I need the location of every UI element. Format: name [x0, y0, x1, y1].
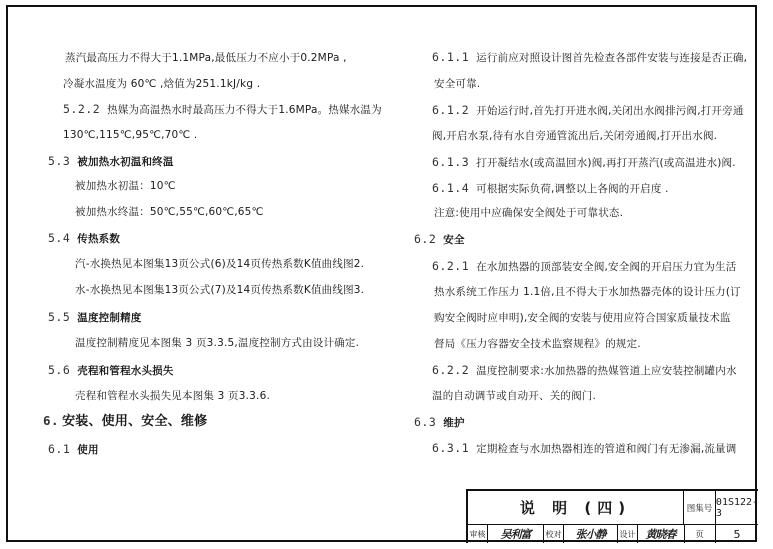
paragraph-line: 督局《压力容器安全技术监察规程》的规定. — [434, 337, 641, 351]
section-heading: 5.4传热系数 — [48, 231, 120, 246]
paragraph-line: 安全可靠. — [434, 77, 480, 91]
designer-signature: 黄晓春 — [638, 525, 683, 543]
section-heading: 6.1使用 — [48, 442, 99, 457]
line-text: 被加热水初温和终温 — [77, 156, 173, 168]
section-heading: 6.3维护 — [414, 415, 465, 430]
paragraph-line: 购安全阀时应申明),安全阀的安装与使用应符合国家质量技术监 — [434, 311, 731, 325]
section-number: 6.2.2 — [432, 363, 469, 377]
line-text: 注意:使用中应确保安全阀处于可靠状态. — [434, 207, 623, 219]
line-text: 定期检查与水加热器相连的管道和阀门有无渗漏,流量调 — [476, 443, 736, 455]
document-title: 说 明 (四) — [468, 491, 684, 525]
line-text: 运行前应对照设计图首先检查各部件安装与连接是否正确, — [476, 52, 747, 64]
section-number: 5.3 — [48, 154, 70, 168]
line-text: 水-水换热见本图集13页公式(7)及14页传热系数K值曲线图3. — [75, 284, 364, 296]
line-text: 使用 — [77, 444, 98, 456]
checker-label: 校对 — [544, 525, 564, 543]
line-text: 热媒为高温热水时最高压力不得大于1.6MPa。热媒水温为 — [107, 104, 382, 116]
section-heading: 5.3被加热水初温和终温 — [48, 154, 174, 169]
line-text: 传热系数 — [77, 233, 120, 245]
line-text: 被加热水初温：10℃ — [75, 180, 176, 192]
paragraph-line: 6.2.1在水加热器的顶部装安全阀,安全阀的开启压力宜为生活 — [432, 259, 736, 274]
line-text: 可根据实际负荷,调整以上各阀的开启度 . — [476, 183, 669, 195]
section-number: 6. — [43, 413, 59, 428]
section-heading: 5.6壳程和管程水头损失 — [48, 363, 174, 378]
checker-signature: 张小静 — [564, 525, 618, 543]
atlas-number-label: 图集号 — [684, 491, 716, 525]
page-label: 页 — [684, 525, 716, 543]
line-text: 被加热水终温：50℃,55℃,60℃,65℃ — [75, 206, 264, 218]
section-number: 6.1.2 — [432, 103, 469, 117]
section-number: 5.5 — [48, 310, 70, 324]
paragraph-line: 6.1.4可根据实际负荷,调整以上各阀的开启度 . — [432, 181, 669, 196]
section-number: 6.2.1 — [432, 259, 469, 273]
section-number: 6.1.4 — [432, 181, 469, 195]
paragraph-line: 温度控制精度见本图集 3 页3.3.5,温度控制方式由设计确定. — [75, 336, 359, 350]
paragraph-line: 被加热水初温：10℃ — [75, 179, 176, 193]
paragraph-line: 热水系统工作压力 1.1倍,且不得大于水加热器壳体的设计压力(订 — [434, 285, 741, 299]
paragraph-line: 温的自动调节或自动开、关的阀门. — [432, 389, 596, 403]
paragraph-line: 6.1.3打开凝结水(或高温回水)阀,再打开蒸汽(或高温进水)阀. — [432, 155, 736, 170]
line-text: 蒸汽最高压力不得大于1.1MPa,最低压力不应小于0.2MPa , — [65, 52, 347, 64]
section-number: 5.6 — [48, 363, 70, 377]
paragraph-line: 冷凝水温度为 60℃ ,焓值为251.1kJ/kg . — [63, 77, 260, 91]
section-heading: 6.2安全 — [414, 232, 465, 247]
line-text: 130℃,115℃,95℃,70℃ . — [63, 129, 197, 141]
line-text: 安装、使用、安全、维修 — [62, 414, 207, 429]
paragraph-line: 6.1.1运行前应对照设计图首先检查各部件安装与连接是否正确, — [432, 50, 747, 65]
designer-label: 设计 — [618, 525, 638, 543]
paragraph-line: 汽-水换热见本图集13页公式(6)及14页传热系数K值曲线图2. — [75, 257, 364, 271]
section-heading: 5.5温度控制精度 — [48, 310, 141, 325]
reviewer-label: 审核 — [468, 525, 488, 543]
section-number: 6.1.3 — [432, 155, 469, 169]
line-text: 维护 — [443, 417, 464, 429]
reviewer-signature: 吴利富 — [488, 525, 544, 543]
line-text: 汽-水换热见本图集13页公式(6)及14页传热系数K值曲线图2. — [75, 258, 364, 270]
section-number: 6.3.1 — [432, 441, 469, 455]
line-text: 热水系统工作压力 1.1倍,且不得大于水加热器壳体的设计压力(订 — [434, 286, 741, 298]
line-text: 温的自动调节或自动开、关的阀门. — [432, 390, 596, 402]
line-text: 壳程和管程水头损失 — [77, 365, 173, 377]
title-block: 说 明 (四) 图集号 01S122-3 页 5 审核 吴利富 校对 张小静 设… — [466, 489, 758, 543]
paragraph-line: 壳程和管程水头损失见本图集 3 页3.3.6. — [75, 389, 270, 403]
line-text: 督局《压力容器安全技术监察规程》的规定. — [434, 338, 641, 350]
section-number: 5.2.2 — [63, 102, 100, 116]
section-number: 6.3 — [414, 415, 436, 429]
paragraph-line: 被加热水终温：50℃,55℃,60℃,65℃ — [75, 205, 264, 219]
line-text: 开始运行时,首先打开进水阀,关闭出水阀排污阀,打开旁通 — [476, 105, 743, 117]
line-text: 打开凝结水(或高温回水)阀,再打开蒸汽(或高温进水)阀. — [476, 157, 736, 169]
paragraph-line: 6.1.2开始运行时,首先打开进水阀,关闭出水阀排污阀,打开旁通 — [432, 103, 744, 118]
line-text: 冷凝水温度为 60℃ ,焓值为251.1kJ/kg . — [63, 78, 260, 90]
paragraph-line: 6.3.1定期检查与水加热器相连的管道和阀门有无渗漏,流量调 — [432, 441, 736, 456]
line-text: 购安全阀时应申明),安全阀的安装与使用应符合国家质量技术监 — [434, 312, 731, 324]
line-text: 温度控制要求:水加热器的热媒管道上应安装控制罐内水 — [476, 365, 737, 377]
line-text: 壳程和管程水头损失见本图集 3 页3.3.6. — [75, 390, 270, 402]
signature-row: 审核 吴利富 校对 张小静 设计 黄晓春 — [468, 525, 685, 543]
line-text: 安全可靠. — [434, 78, 480, 90]
paragraph-line: 注意:使用中应确保安全阀处于可靠状态. — [434, 206, 623, 220]
line-text: 阀,开启水泵,待有水自旁通管流出后,关闭旁通阀,打开出水阀. — [432, 130, 717, 142]
page-number: 5 — [716, 525, 758, 543]
section-number: 6.2 — [414, 232, 436, 246]
paragraph-line: 5.2.2热媒为高温热水时最高压力不得大于1.6MPa。热媒水温为 — [63, 102, 382, 117]
paragraph-line: 6.2.2温度控制要求:水加热器的热媒管道上应安装控制罐内水 — [432, 363, 737, 378]
line-text: 在水加热器的顶部装安全阀,安全阀的开启压力宜为生活 — [476, 261, 736, 273]
paragraph-line: 蒸汽最高压力不得大于1.1MPa,最低压力不应小于0.2MPa , — [65, 51, 347, 65]
paragraph-line: 130℃,115℃,95℃,70℃ . — [63, 128, 197, 142]
paragraph-line: 水-水换热见本图集13页公式(7)及14页传热系数K值曲线图3. — [75, 283, 364, 297]
section-number: 6.1 — [48, 442, 70, 456]
line-text: 温度控制精度见本图集 3 页3.3.5,温度控制方式由设计确定. — [75, 337, 359, 349]
paragraph-line: 阀,开启水泵,待有水自旁通管流出后,关闭旁通阀,打开出水阀. — [432, 129, 717, 143]
section-number: 5.4 — [48, 231, 70, 245]
section-heading: 6.安装、使用、安全、维修 — [43, 414, 207, 429]
line-text: 温度控制精度 — [77, 312, 141, 324]
section-number: 6.1.1 — [432, 50, 469, 64]
atlas-number: 01S122-3 — [716, 491, 758, 525]
line-text: 安全 — [443, 234, 464, 246]
